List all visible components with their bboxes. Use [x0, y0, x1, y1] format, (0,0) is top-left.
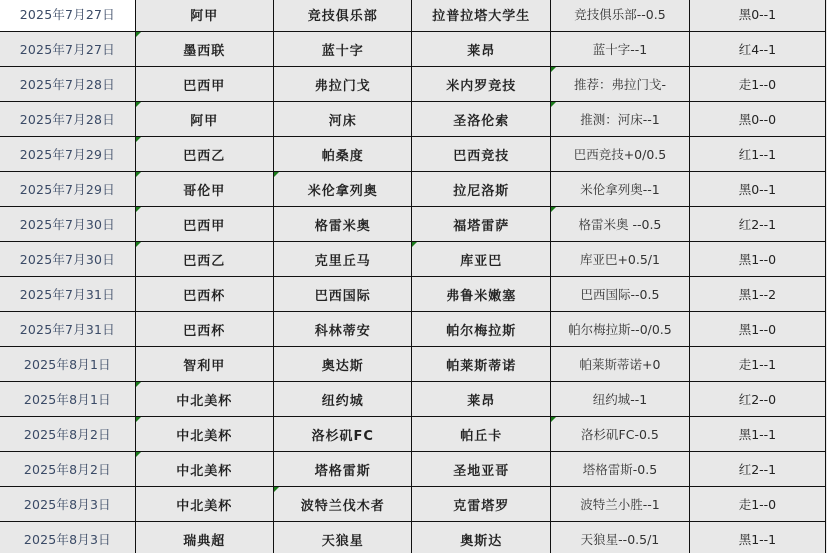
result-cell[interactable]: 红1--1 — [689, 137, 825, 172]
comment-marker-icon — [136, 207, 141, 212]
comment-marker-icon — [136, 452, 141, 457]
home-team-cell-text: 米伦拿列奥 — [308, 184, 378, 199]
result-cell[interactable]: 红2--1 — [689, 207, 825, 242]
away-team-cell-text: 圣地亚哥 — [453, 464, 509, 479]
date-cell[interactable]: 2025年7月29日 — [0, 172, 135, 207]
away-team-cell[interactable]: 弗鲁米嫩塞 — [412, 277, 551, 312]
table-row: 2025年7月30日巴西甲格雷米奥福塔雷萨格雷米奥 --0.5红2--1 — [0, 207, 826, 242]
away-team-cell[interactable]: 克雷塔罗 — [412, 487, 551, 522]
league-cell-text: 中北美杯 — [176, 464, 232, 479]
league-cell-text: 中北美杯 — [176, 394, 232, 409]
league-cell-text: 阿甲 — [190, 9, 218, 24]
home-team-cell-text: 河床 — [329, 114, 357, 129]
result-cell[interactable]: 黑0--0 — [689, 102, 825, 137]
result-cell[interactable]: 走1--0 — [689, 67, 825, 102]
away-team-cell[interactable]: 拉尼洛斯 — [412, 172, 551, 207]
home-team-cell[interactable]: 竞技俱乐部 — [273, 0, 412, 32]
result-cell-text: 走1--1 — [739, 357, 776, 372]
away-team-cell[interactable]: 圣地亚哥 — [412, 452, 551, 487]
grid-body: 2025年7月27日阿甲竞技俱乐部拉普拉塔大学生竞技俱乐部--0.5黑0--12… — [0, 0, 826, 553]
away-team-cell-text: 帕莱斯蒂诺 — [446, 359, 516, 374]
away-team-cell[interactable]: 奥斯达 — [412, 522, 551, 553]
league-cell[interactable]: 中北美杯 — [135, 417, 273, 452]
tip-cell[interactable]: 巴西竞技+0/0.5 — [551, 137, 690, 172]
home-team-cell-text: 天狼星 — [322, 534, 364, 549]
away-team-cell-text: 米内罗竞技 — [446, 79, 516, 94]
league-cell-text: 巴西甲 — [183, 219, 225, 234]
away-team-cell-text: 拉普拉塔大学生 — [432, 9, 530, 24]
away-team-cell[interactable]: 福塔雷萨 — [412, 207, 551, 242]
league-cell[interactable]: 瑞典超 — [135, 522, 273, 553]
league-cell[interactable]: 巴西杯 — [135, 277, 273, 312]
date-cell[interactable]: 2025年7月31日 — [0, 312, 135, 347]
league-cell-text: 巴西杯 — [183, 324, 225, 339]
away-team-cell[interactable]: 莱昂 — [412, 32, 551, 67]
result-cell-text: 红1--1 — [739, 147, 776, 162]
date-cell[interactable]: 2025年8月3日 — [0, 487, 135, 522]
result-cell-text: 红4--1 — [739, 42, 776, 57]
table-row: 2025年7月30日巴西乙克里丘马库亚巴库亚巴+0.5/1黑1--0 — [0, 242, 826, 277]
tip-cell[interactable]: 天狼星--0.5/1 — [551, 522, 690, 553]
league-cell[interactable]: 中北美杯 — [135, 382, 273, 417]
league-cell[interactable]: 智利甲 — [135, 347, 273, 382]
result-cell-text: 红2--1 — [739, 462, 776, 477]
result-cell-text: 黑1--1 — [739, 532, 776, 547]
result-cell[interactable]: 黑1--1 — [689, 417, 825, 452]
home-team-cell-text: 奥达斯 — [322, 359, 364, 374]
tip-cell[interactable]: 米伦拿列奥--1 — [551, 172, 690, 207]
home-team-cell[interactable]: 米伦拿列奥 — [273, 172, 412, 207]
result-cell-text: 红2--1 — [739, 217, 776, 232]
tip-cell-text: 天狼星--0.5/1 — [581, 532, 660, 547]
league-cell[interactable]: 巴西甲 — [135, 67, 273, 102]
comment-marker-icon — [136, 417, 141, 422]
table-row: 2025年8月3日中北美杯波特兰伐木者克雷塔罗波特兰小胜--1走1--0 — [0, 487, 826, 522]
result-cell[interactable]: 走1--0 — [689, 487, 825, 522]
result-cell-text: 黑0--1 — [739, 7, 776, 22]
date-cell-text: 2025年7月27日 — [20, 42, 115, 57]
result-cell-text: 红2--0 — [739, 392, 776, 407]
comment-marker-icon — [551, 207, 556, 212]
date-cell[interactable]: 2025年8月1日 — [0, 347, 135, 382]
tip-cell-text: 帕尔梅拉斯--0/0.5 — [568, 322, 672, 337]
league-cell[interactable]: 巴西乙 — [135, 137, 273, 172]
comment-marker-icon — [274, 172, 279, 177]
table-row: 2025年7月27日墨西联蓝十字莱昂蓝十字--1红4--1 — [0, 32, 826, 67]
tip-cell[interactable]: 塔格雷斯-0.5 — [551, 452, 690, 487]
tip-cell[interactable]: 巴西国际--0.5 — [551, 277, 690, 312]
home-team-cell-text: 帕桑度 — [322, 149, 364, 164]
league-cell[interactable]: 阿甲 — [135, 102, 273, 137]
home-team-cell[interactable]: 帕桑度 — [273, 137, 412, 172]
home-team-cell[interactable]: 洛杉矶FC — [273, 417, 412, 452]
date-cell[interactable]: 2025年7月27日 — [0, 32, 135, 67]
away-team-cell-text: 弗鲁米嫩塞 — [446, 289, 516, 304]
home-team-cell-text: 弗拉门戈 — [315, 79, 371, 94]
date-cell-text: 2025年7月28日 — [20, 112, 115, 127]
tip-cell-text: 推测：河床--1 — [580, 112, 659, 127]
away-team-cell[interactable]: 拉普拉塔大学生 — [412, 0, 551, 32]
league-cell[interactable]: 中北美杯 — [135, 452, 273, 487]
date-cell[interactable]: 2025年8月1日 — [0, 382, 135, 417]
table-row: 2025年7月29日哥伦甲米伦拿列奥拉尼洛斯米伦拿列奥--1黑0--1 — [0, 172, 826, 207]
date-cell[interactable]: 2025年7月31日 — [0, 277, 135, 312]
result-cell-text: 走1--0 — [739, 497, 776, 512]
league-cell-text: 智利甲 — [183, 359, 225, 374]
home-team-cell-text: 竞技俱乐部 — [308, 9, 378, 24]
home-team-cell[interactable]: 科林蒂安 — [273, 312, 412, 347]
home-team-cell[interactable]: 波特兰伐木者 — [273, 487, 412, 522]
tip-cell-text: 格雷米奥 --0.5 — [579, 217, 662, 232]
result-cell[interactable]: 红4--1 — [689, 32, 825, 67]
date-cell-text: 2025年8月3日 — [24, 532, 111, 547]
comment-marker-icon — [136, 137, 141, 142]
date-cell[interactable]: 2025年7月30日 — [0, 207, 135, 242]
date-cell[interactable]: 2025年7月28日 — [0, 102, 135, 137]
comment-marker-icon — [136, 242, 141, 247]
league-cell-text: 阿甲 — [190, 114, 218, 129]
away-team-cell[interactable]: 圣洛伦索 — [412, 102, 551, 137]
league-cell-text: 巴西乙 — [183, 254, 225, 269]
date-cell-text: 2025年8月2日 — [24, 427, 111, 442]
result-cell[interactable]: 黑0--1 — [689, 0, 825, 32]
result-cell[interactable]: 黑1--2 — [689, 277, 825, 312]
date-cell-text: 2025年7月29日 — [20, 182, 115, 197]
tip-cell-text: 帕莱斯蒂诺+0 — [579, 357, 660, 372]
date-cell-text: 2025年8月1日 — [24, 357, 111, 372]
table-row: 2025年8月3日瑞典超天狼星奥斯达天狼星--0.5/1黑1--1 — [0, 522, 826, 553]
home-team-cell-text: 科林蒂安 — [315, 324, 371, 339]
comment-marker-icon — [274, 487, 279, 492]
comment-marker-icon — [551, 67, 556, 72]
away-team-cell[interactable]: 莱昂 — [412, 382, 551, 417]
home-team-cell[interactable]: 塔格雷斯 — [273, 452, 412, 487]
date-cell-text: 2025年7月31日 — [20, 322, 115, 337]
away-team-cell-text: 圣洛伦索 — [453, 114, 509, 129]
tip-cell[interactable]: 帕尔梅拉斯--0/0.5 — [551, 312, 690, 347]
league-cell-text: 瑞典超 — [183, 534, 225, 549]
home-team-cell[interactable]: 河床 — [273, 102, 412, 137]
league-cell-text: 巴西甲 — [183, 79, 225, 94]
tip-cell-text: 洛杉矶FC-0.5 — [581, 427, 659, 442]
home-team-cell[interactable]: 弗拉门戈 — [273, 67, 412, 102]
table-row: 2025年8月2日中北美杯洛杉矶FC帕丘卡洛杉矶FC-0.5黑1--1 — [0, 417, 826, 452]
league-cell-text: 中北美杯 — [176, 429, 232, 444]
league-cell[interactable]: 巴西乙 — [135, 242, 273, 277]
tip-cell[interactable]: 洛杉矶FC-0.5 — [551, 417, 690, 452]
away-team-cell[interactable]: 米内罗竞技 — [412, 67, 551, 102]
result-cell-text: 黑1--0 — [739, 322, 776, 337]
away-team-cell-text: 克雷塔罗 — [453, 499, 509, 514]
league-cell-text: 巴西乙 — [183, 149, 225, 164]
away-team-cell-text: 奥斯达 — [460, 534, 502, 549]
result-cell[interactable]: 红2--1 — [689, 452, 825, 487]
tip-cell-text: 蓝十字--1 — [593, 42, 647, 57]
comment-marker-icon — [551, 102, 556, 107]
result-cell[interactable]: 黑1--0 — [689, 242, 825, 277]
date-cell[interactable]: 2025年8月2日 — [0, 417, 135, 452]
league-cell[interactable]: 哥伦甲 — [135, 172, 273, 207]
tip-cell[interactable]: 波特兰小胜--1 — [551, 487, 690, 522]
away-team-cell-text: 莱昂 — [467, 44, 495, 59]
date-cell[interactable]: 2025年7月27日 — [0, 0, 135, 32]
league-cell-text: 巴西杯 — [183, 289, 225, 304]
home-team-cell-text: 巴西国际 — [315, 289, 371, 304]
league-cell[interactable]: 墨西联 — [135, 32, 273, 67]
tip-cell-text: 库亚巴+0.5/1 — [580, 252, 660, 267]
tip-cell-text: 巴西国际--0.5 — [581, 287, 660, 302]
date-cell-text: 2025年8月2日 — [24, 462, 111, 477]
date-cell-text: 2025年7月28日 — [20, 77, 115, 92]
date-cell[interactable]: 2025年7月29日 — [0, 137, 135, 172]
league-cell[interactable]: 中北美杯 — [135, 487, 273, 522]
away-team-cell-text: 帕尔梅拉斯 — [446, 324, 516, 339]
league-cell-text: 中北美杯 — [176, 499, 232, 514]
home-team-cell[interactable]: 巴西国际 — [273, 277, 412, 312]
tip-cell[interactable]: 格雷米奥 --0.5 — [551, 207, 690, 242]
home-team-cell[interactable]: 蓝十字 — [273, 32, 412, 67]
away-team-cell-text: 拉尼洛斯 — [453, 184, 509, 199]
tip-cell-text: 巴西竞技+0/0.5 — [574, 147, 667, 162]
tip-cell-text: 米伦拿列奥--1 — [580, 182, 659, 197]
away-team-cell[interactable]: 库亚巴 — [412, 242, 551, 277]
date-cell-text: 2025年7月31日 — [20, 287, 115, 302]
comment-marker-icon — [136, 172, 141, 177]
result-cell-text: 黑0--1 — [739, 182, 776, 197]
result-cell-text: 走1--0 — [739, 77, 776, 92]
tip-cell-text: 竞技俱乐部--0.5 — [574, 7, 665, 22]
table-row: 2025年7月28日阿甲河床圣洛伦索推测：河床--1黑0--0 — [0, 102, 826, 137]
tip-cell-text: 纽约城--1 — [593, 392, 647, 407]
date-cell-text: 2025年8月3日 — [24, 497, 111, 512]
date-cell[interactable]: 2025年8月3日 — [0, 522, 135, 553]
home-team-cell-text: 格雷米奥 — [315, 219, 371, 234]
comment-marker-icon — [551, 417, 556, 422]
away-team-cell-text: 库亚巴 — [460, 254, 502, 269]
away-team-cell-text: 福塔雷萨 — [453, 219, 509, 234]
away-team-cell[interactable]: 帕尔梅拉斯 — [412, 312, 551, 347]
home-team-cell-text: 克里丘马 — [315, 254, 371, 269]
comment-marker-icon — [136, 382, 141, 387]
home-team-cell-text: 纽约城 — [322, 394, 364, 409]
tip-cell-text: 推荐：弗拉门戈- — [574, 77, 666, 92]
result-cell-text: 黑1--0 — [739, 252, 776, 267]
result-cell[interactable]: 红2--0 — [689, 382, 825, 417]
away-team-cell[interactable]: 帕丘卡 — [412, 417, 551, 452]
table-row: 2025年8月1日智利甲奥达斯帕莱斯蒂诺帕莱斯蒂诺+0走1--1 — [0, 347, 826, 382]
tip-cell[interactable]: 帕莱斯蒂诺+0 — [551, 347, 690, 382]
table-row: 2025年7月27日阿甲竞技俱乐部拉普拉塔大学生竞技俱乐部--0.5黑0--1 — [0, 0, 826, 32]
home-team-cell[interactable]: 奥达斯 — [273, 347, 412, 382]
away-team-cell-text: 莱昂 — [467, 394, 495, 409]
date-cell-text: 2025年7月29日 — [20, 147, 115, 162]
home-team-cell-text: 波特兰伐木者 — [301, 499, 385, 514]
tip-cell-text: 塔格雷斯-0.5 — [583, 462, 657, 477]
league-cell-text: 墨西联 — [183, 44, 225, 59]
table-row: 2025年7月31日巴西杯科林蒂安帕尔梅拉斯帕尔梅拉斯--0/0.5黑1--0 — [0, 312, 826, 347]
table-row: 2025年7月31日巴西杯巴西国际弗鲁米嫩塞巴西国际--0.5黑1--2 — [0, 277, 826, 312]
result-cell[interactable]: 黑1--0 — [689, 312, 825, 347]
home-team-cell[interactable]: 克里丘马 — [273, 242, 412, 277]
date-cell[interactable]: 2025年7月30日 — [0, 242, 135, 277]
league-cell[interactable]: 阿甲 — [135, 0, 273, 32]
home-team-cell-text: 洛杉矶FC — [311, 429, 373, 444]
away-team-cell[interactable]: 帕莱斯蒂诺 — [412, 347, 551, 382]
away-team-cell-text: 巴西竞技 — [453, 149, 509, 164]
comment-marker-icon — [136, 32, 141, 37]
date-cell-text: 2025年8月1日 — [24, 392, 111, 407]
home-team-cell-text: 蓝十字 — [322, 44, 364, 59]
league-cell[interactable]: 巴西甲 — [135, 207, 273, 242]
result-cell[interactable]: 黑1--1 — [689, 522, 825, 553]
comment-marker-icon — [136, 102, 141, 107]
tip-cell[interactable]: 竞技俱乐部--0.5 — [551, 0, 690, 32]
league-cell[interactable]: 巴西杯 — [135, 312, 273, 347]
result-cell-text: 黑1--1 — [739, 427, 776, 442]
result-cell[interactable]: 黑0--1 — [689, 172, 825, 207]
tip-cell-text: 波特兰小胜--1 — [580, 497, 659, 512]
away-team-cell-text: 帕丘卡 — [460, 429, 502, 444]
result-cell-text: 黑1--2 — [739, 287, 776, 302]
tip-cell[interactable]: 推测：河床--1 — [551, 102, 690, 137]
tip-cell[interactable]: 推荐：弗拉门戈- — [551, 67, 690, 102]
comment-marker-icon — [412, 242, 417, 247]
home-team-cell[interactable]: 天狼星 — [273, 522, 412, 553]
table-row: 2025年8月2日中北美杯塔格雷斯圣地亚哥塔格雷斯-0.5红2--1 — [0, 452, 826, 487]
table-row: 2025年7月28日巴西甲弗拉门戈米内罗竞技推荐：弗拉门戈-走1--0 — [0, 67, 826, 102]
result-cell[interactable]: 走1--1 — [689, 347, 825, 382]
spreadsheet-grid: 2025年7月27日阿甲竞技俱乐部拉普拉塔大学生竞技俱乐部--0.5黑0--12… — [0, 0, 826, 553]
date-cell-text: 2025年7月30日 — [20, 217, 115, 232]
away-team-cell[interactable]: 巴西竞技 — [412, 137, 551, 172]
home-team-cell[interactable]: 纽约城 — [273, 382, 412, 417]
home-team-cell[interactable]: 格雷米奥 — [273, 207, 412, 242]
home-team-cell-text: 塔格雷斯 — [315, 464, 371, 479]
date-cell[interactable]: 2025年8月2日 — [0, 452, 135, 487]
date-cell-text: 2025年7月27日 — [20, 7, 115, 22]
date-cell-text: 2025年7月30日 — [20, 252, 115, 267]
result-cell-text: 黑0--0 — [739, 112, 776, 127]
table-row: 2025年8月1日中北美杯纽约城莱昂纽约城--1红2--0 — [0, 382, 826, 417]
tip-cell[interactable]: 纽约城--1 — [551, 382, 690, 417]
tip-cell[interactable]: 蓝十字--1 — [551, 32, 690, 67]
league-cell-text: 哥伦甲 — [183, 184, 225, 199]
date-cell[interactable]: 2025年7月28日 — [0, 67, 135, 102]
tip-cell[interactable]: 库亚巴+0.5/1 — [551, 242, 690, 277]
table-row: 2025年7月29日巴西乙帕桑度巴西竞技巴西竞技+0/0.5红1--1 — [0, 137, 826, 172]
